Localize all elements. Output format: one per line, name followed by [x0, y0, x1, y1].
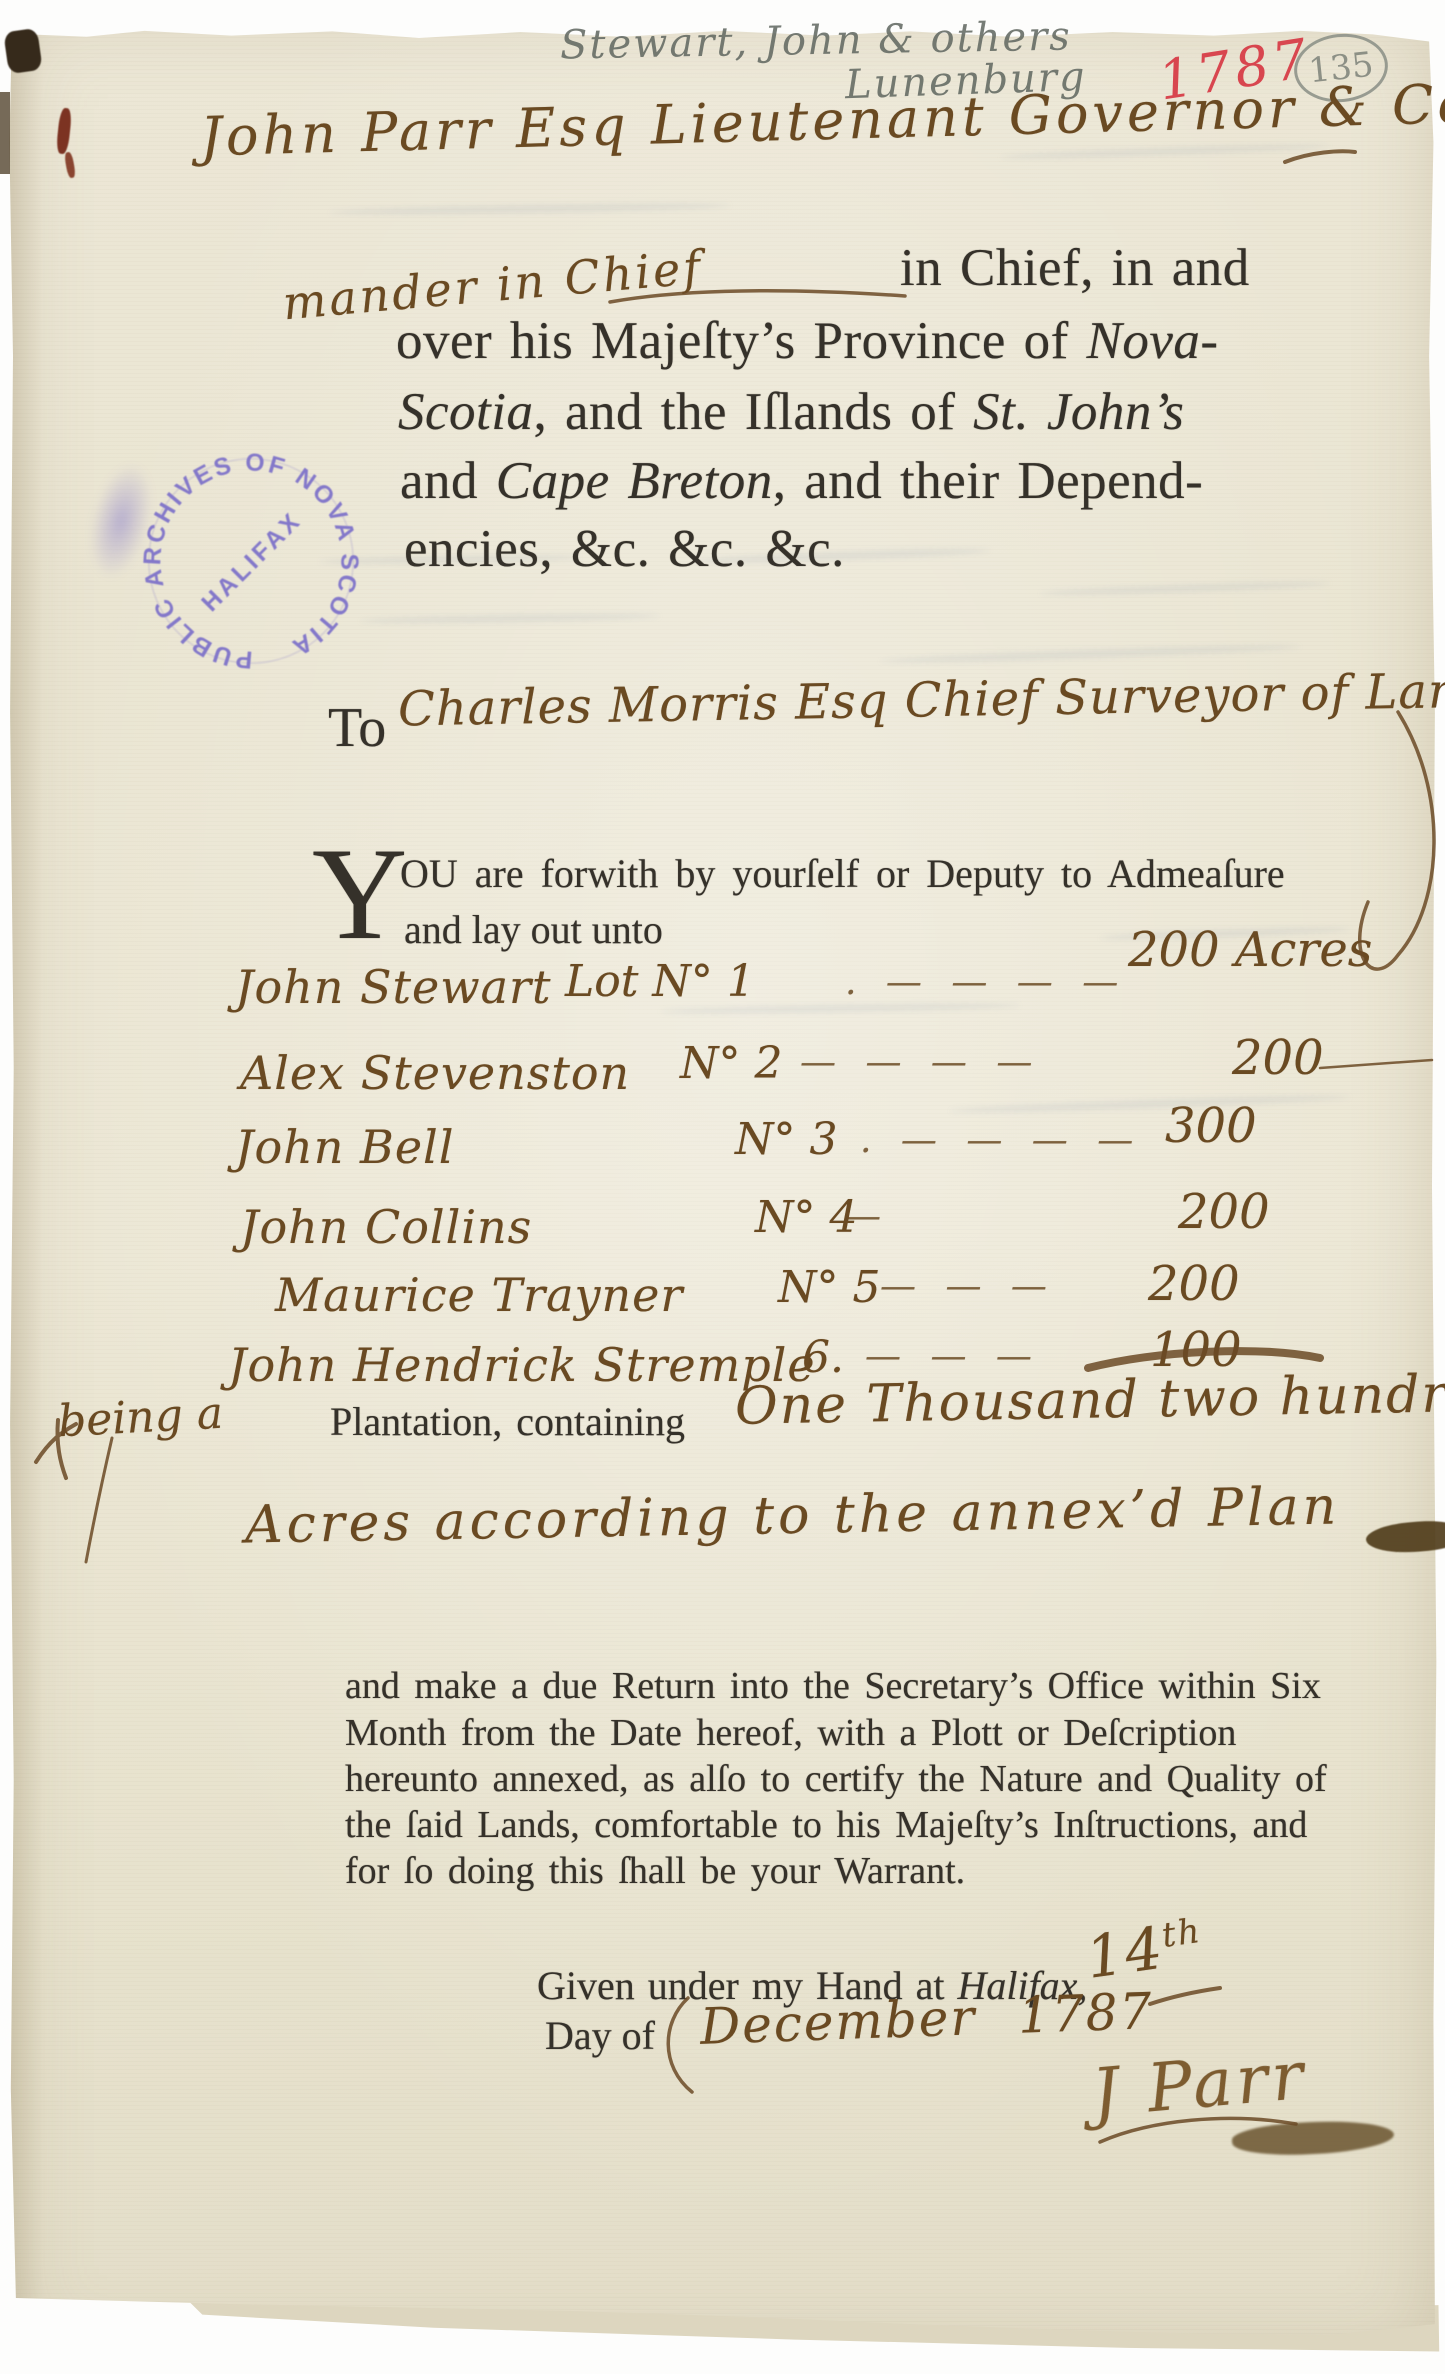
acreage: 300 — [1165, 1098, 1257, 1154]
printed-title-line-2: over his Majeſty’s Province of Nova- — [396, 311, 1219, 371]
leader-dashes: — — [845, 1196, 890, 1237]
corner-stain — [3, 28, 43, 74]
governor-signature: J Parr — [1089, 2037, 1310, 2132]
lot-number: N° 2 — [680, 1038, 782, 1089]
leader-dashes: — — — — — [800, 1042, 1041, 1083]
day-underline — [1150, 1988, 1220, 2004]
bleedthrough-line — [330, 202, 730, 217]
signature-ink-blot — [1231, 2118, 1394, 2158]
lot-number: N° 4 — [755, 1192, 857, 1243]
document-scan: Stewart, John & others Lunenburg 1787 13… — [0, 0, 1445, 2374]
printed-to: To — [328, 696, 386, 760]
bleedthrough-line — [360, 612, 660, 624]
lot-number: N° 3 — [735, 1114, 837, 1165]
heading-trailing-dash — [1285, 151, 1355, 162]
bleedthrough-line — [1040, 580, 1330, 597]
surveyor-address: Charles Morris Esq Chief Surveyor of Lan… — [398, 662, 1445, 737]
day-handwritten: 14th — [1082, 1908, 1208, 1992]
year: 1787 — [1017, 1982, 1154, 2045]
closing-line-5: for ſo doing this ſhall be your Warrant. — [345, 1849, 965, 1893]
acreage: 200 — [1148, 1256, 1240, 1312]
closing-line-3: hereunto annexed, as alſo to certify the… — [345, 1757, 1327, 1801]
december-paren-flourish — [668, 1998, 692, 2092]
archives-stamp: PUBLIC ARCHIVES OF NOVA SCOTIA HALIFAX — [117, 427, 385, 695]
leader-dashes: — — — — [865, 1336, 1041, 1377]
drop-cap-Y: Y — [312, 838, 407, 950]
printed-title-line-4: and Cape Breton, and their Depend- — [400, 451, 1203, 511]
printed-title-line-1: in Chief, in and — [900, 238, 1250, 298]
closing-line-1: and make a due Return into the Secretary… — [345, 1664, 1321, 1708]
month: December — [699, 1988, 977, 2056]
being-a-handwritten: being a — [57, 1388, 224, 1448]
grantee-name: John Hendrick Stremple — [228, 1338, 816, 1392]
row2-trailing-dash — [1320, 1060, 1432, 1068]
acreage: 200 Acres — [1128, 922, 1372, 978]
closing-line-4: the ſaid Lands, comfortable to his Majeſ… — [345, 1803, 1307, 1847]
leader-dashes: . — — — — — [845, 962, 1127, 1003]
governor-name-line: John Parr Esq Lieutenant Governor & Com — [199, 71, 1445, 169]
being-descender — [86, 1438, 112, 1562]
bleedthrough-line — [880, 643, 1300, 666]
red-edge-mark — [64, 152, 76, 179]
leader-dashes: . — — — — — [860, 1120, 1142, 1161]
closing-line-2: Month from the Date hereof, with a Plott… — [345, 1711, 1236, 1755]
acreage: 200 — [1232, 1030, 1324, 1086]
grantee-name: John Collins — [240, 1200, 532, 1254]
day-number: 14 — [1082, 1914, 1169, 1992]
stamp-center-text: HALIFAX — [197, 507, 307, 617]
order-line-1: OU are forwith by yourſelf or Deputy to … — [400, 850, 1285, 897]
leader-dashes: — — — — [880, 1266, 1056, 1307]
grantee-name: Alex Stevenston — [240, 1046, 630, 1100]
paper-content: Stewart, John & others Lunenburg 1787 13… — [0, 0, 1445, 2374]
bleedthrough-line — [950, 1093, 1350, 1115]
grantee-name: John Bell — [235, 1120, 454, 1174]
ink-dash-blot — [1365, 1518, 1445, 1556]
lot-number: Lot N° 1 — [565, 956, 755, 1007]
grantee-name: John Stewart — [235, 960, 552, 1014]
total-acreage-words: One Thousand two hundred — [735, 1363, 1445, 1437]
day-of-printed: Day of — [545, 2012, 655, 2059]
plantation-printed: Plantation, containing — [330, 1398, 685, 1445]
day-suffix: th — [1159, 1911, 1204, 1956]
order-line-2: and lay out unto — [404, 906, 663, 953]
acreage: 200 — [1178, 1184, 1270, 1240]
grantee-name: Maurice Trayner — [275, 1268, 683, 1322]
red-edge-mark — [56, 107, 73, 154]
edge-stain — [0, 92, 10, 174]
printed-title-line-3: Scotia, and the Iſlands of St. John’s — [398, 382, 1184, 442]
annexed-plan-line: Acres according to the annex’d Plan — [245, 1476, 1341, 1555]
lot-number: N° 5 — [778, 1262, 880, 1313]
printed-title-line-5: encies, &c. &c. &c. — [404, 519, 845, 579]
